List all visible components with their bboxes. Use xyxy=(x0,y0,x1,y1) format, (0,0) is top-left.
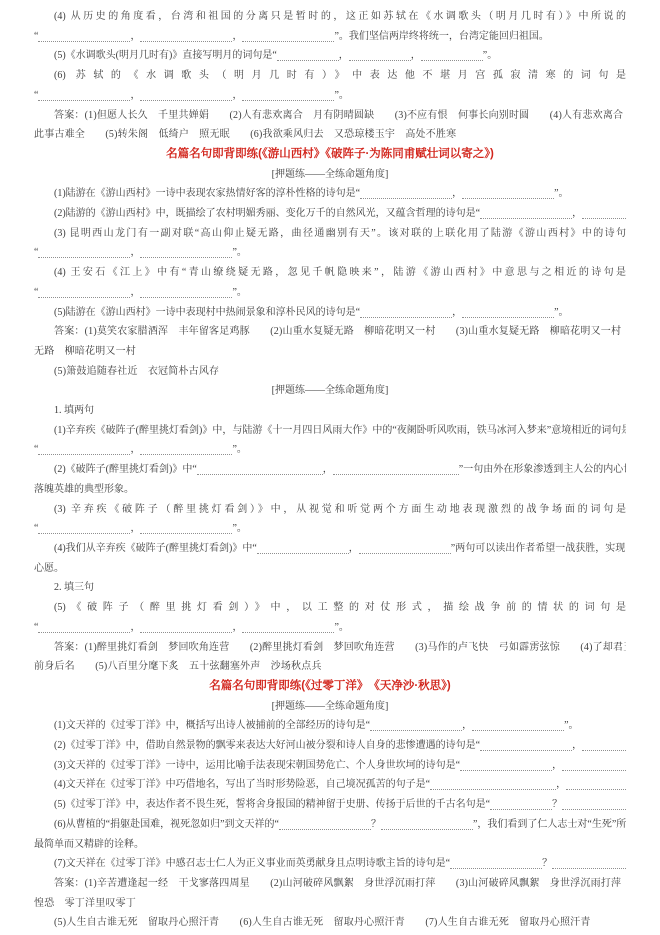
fill-in-blank xyxy=(279,818,371,830)
question-line: (3) 辛弃疾《破阵子（醉里挑灯看剑）》中，从视觉和听觉两个方面生动地表现激烈的… xyxy=(34,500,626,520)
fill-in-blank xyxy=(381,818,473,830)
answer-line: 前身后名 (5)八百里分麾下炙 五十弦翻塞外声 沙场秋点兵 xyxy=(34,657,626,677)
fill-in-blank xyxy=(562,798,626,810)
fill-in-blank xyxy=(242,89,334,101)
document-page: (4) 从历史的角度看，台湾和祖国的分离只是暂时的，这正如苏轼在《水调歌头（明月… xyxy=(0,0,660,935)
question-line: (4) 从历史的角度看，台湾和祖国的分离只是暂时的，这正如苏轼在《水调歌头（明月… xyxy=(34,7,626,27)
fill-in-blank xyxy=(38,443,130,455)
fill-in-blank xyxy=(38,522,130,534)
fill-in-blank xyxy=(460,759,552,771)
fill-in-blank xyxy=(552,857,626,869)
fill-in-blank xyxy=(140,246,232,258)
question-line: 2. 填三句 xyxy=(34,578,626,598)
question-line: 心愿。 xyxy=(34,559,626,579)
question-line: (4) 王安石《江上》中有“青山缭绕疑无路，忽见千帆隐映来”，陆游《游山西村》中… xyxy=(34,263,626,283)
fill-in-blank xyxy=(277,49,339,61)
fill-in-blank xyxy=(38,246,130,258)
fill-in-blank xyxy=(38,621,130,633)
question-line: (2)陆游的《游山西村》中，既描绘了农村明媚秀丽、变化万千的自然风光，又蕴含哲理… xyxy=(34,204,626,224)
fill-in-blank xyxy=(333,463,459,475)
fill-in-blank xyxy=(480,207,572,219)
question-line: “，，”。 xyxy=(34,86,626,106)
fill-in-blank xyxy=(242,621,334,633)
fill-in-blank xyxy=(462,187,554,199)
fill-in-blank xyxy=(421,49,483,61)
question-line: “，”。 xyxy=(34,519,626,539)
answer-line: 答案：(1)但愿人长久 千里共婵娟 (2)人有悲欢离合 月有阴晴圆缺 (3)不应… xyxy=(34,106,626,126)
question-line: (1)文天祥的《过零丁洋》中，概括写出诗人被捕前的全部经历的诗句是“，”。 xyxy=(34,716,626,736)
fill-in-blank xyxy=(349,49,411,61)
fill-in-blank xyxy=(197,463,323,475)
fill-in-blank xyxy=(38,89,130,101)
section-heading: 名篇名句即背即练(《过零丁洋》 《天净沙·秋思》) xyxy=(34,677,626,697)
question-line: “，”。 xyxy=(34,283,626,303)
question-line: “，，”。 xyxy=(34,618,626,638)
fill-in-blank xyxy=(370,719,462,731)
answer-line: 答案：(1)莫笑农家腊酒浑 丰年留客足鸡豚 (2)山重水复疑无路 柳暗花明又一村… xyxy=(34,322,626,342)
fill-in-blank xyxy=(140,30,232,42)
question-line: (7)文天祥在《过零丁洋》中感召志士仁人为正义事业而英勇献身且点明诗歌主旨的诗句… xyxy=(34,854,626,874)
fill-in-blank xyxy=(582,207,626,219)
question-line: (1)陆游在《游山西村》一诗中表现农家热情好客的淳朴性格的诗句是“，”。 xyxy=(34,184,626,204)
fill-in-blank xyxy=(140,286,232,298)
question-line: 1. 填两句 xyxy=(34,401,626,421)
question-line: (1)辛弃疾《破阵子(醉里挑灯看剑)》中，与陆游《十一月四日风雨大作》中的“夜阑… xyxy=(34,421,626,441)
question-line: (6)从曹植的“捐躯赴国难，视死忽如归”到文天祥的“？”，我们看到了仁人志士对“… xyxy=(34,815,626,835)
answer-line: 无路 柳暗花明又一村 xyxy=(34,342,626,362)
fill-in-blank xyxy=(480,739,572,751)
answer-line: 惶恐 零丁洋里叹零丁 xyxy=(34,894,626,914)
question-line: (5)《破阵子（醉里挑灯看剑）》中，以工整的对仗形式，描绘战争前的情状的词句是 xyxy=(34,598,626,618)
question-line: (5)《过零丁洋》中，表达作者不畏生死，誓将舍身报国的精神留于史册、传扬于后世的… xyxy=(34,795,626,815)
question-line: (4)我们从辛弃疾《破阵子(醉里挑灯看剑)》中“，”两句可以读出作者希望一战获胜… xyxy=(34,539,626,559)
question-line: (3)文天祥的《过零丁洋》一诗中，运用比喻手法表现宋朝国势危亡、个人身世坎坷的诗… xyxy=(34,756,626,776)
question-line: (6) 苏轼的《水调歌头（明月几时有）》中表达他不堪月宫孤寂清寒的词句是 xyxy=(34,66,626,86)
fill-in-blank xyxy=(472,719,564,731)
fill-in-blank xyxy=(38,286,130,298)
fill-in-blank xyxy=(257,542,349,554)
fill-in-blank xyxy=(140,522,232,534)
fill-in-blank xyxy=(430,778,556,790)
answer-line: (5)箫鼓追随春社近 衣冠简朴古风存 xyxy=(34,362,626,382)
exercise-type-label: [押题练——全练命题角度] xyxy=(34,165,626,185)
fill-in-blank xyxy=(562,759,626,771)
fill-in-blank xyxy=(566,778,626,790)
question-line: (5)陆游在《游山西村》一诗中表现村中热闹景象和淳朴民风的诗句是“，”。 xyxy=(34,303,626,323)
fill-in-blank xyxy=(490,798,552,810)
fill-in-blank xyxy=(140,443,232,455)
question-line: (2)《过零丁洋》中，借助自然景物的飘零来表达大好河山被分裂和诗人自身的悲惨遭遇… xyxy=(34,736,626,756)
fill-in-blank xyxy=(140,89,232,101)
fill-in-blank xyxy=(359,542,451,554)
question-line: “，”。 xyxy=(34,440,626,460)
answer-line: 答案：(1)辛苦遭逢起一经 干戈寥落四周星 (2)山河破碎风飘絮 身世浮沉雨打萍… xyxy=(34,874,626,894)
exercise-type-label: [押题练——全练命题角度] xyxy=(34,697,626,717)
question-line: “，”。 xyxy=(34,243,626,263)
answer-line: 此事古难全 (5)转朱阁 低绮户 照无眠 (6)我欲乘风归去 又恐琼楼玉宇 高处… xyxy=(34,125,626,145)
fill-in-blank xyxy=(360,187,452,199)
fill-in-blank xyxy=(140,621,232,633)
question-line: “，，”。我们坚信两岸终将统一，台湾定能回归祖国。 xyxy=(34,27,626,47)
answer-line: 答案：(1)醉里挑灯看剑 梦回吹角连营 (2)醉里挑灯看剑 梦回吹角连营 (3)… xyxy=(34,638,626,658)
fill-in-blank xyxy=(360,306,452,318)
question-line: (5)《水调歌头(明月几时有)》直接写明月的词句是“，，”。 xyxy=(34,46,626,66)
question-line: (4)文天祥在《过零丁洋》中巧借地名，写出了当时形势险恶，自己境况孤苦的句子是“… xyxy=(34,775,626,795)
question-line: (2)《破阵子(醉里挑灯看剑)》中“，”一句由外在形象渗透到主人公的内心世界，刻… xyxy=(34,460,626,480)
question-line: 最简单而又精辟的诠释。 xyxy=(34,835,626,855)
fill-in-blank xyxy=(38,30,130,42)
fill-in-blank xyxy=(450,857,542,869)
answer-line: (5)人生自古谁无死 留取丹心照汗青 (6)人生自古谁无死 留取丹心照汗青 (7… xyxy=(34,913,626,933)
fill-in-blank xyxy=(582,739,626,751)
exercise-type-label: [押题练——全练命题角度] xyxy=(34,381,626,401)
question-line: 落魄英雄的典型形象。 xyxy=(34,480,626,500)
fill-in-blank xyxy=(242,30,334,42)
section-heading: 名篇名句即背即练(《游山西村》《破阵子·为陈同甫赋壮词以寄之》) xyxy=(34,145,626,165)
question-line: (3) 昆明西山龙门有一副对联“高山仰止疑无路，曲径通幽别有天”。该对联的上联化… xyxy=(34,224,626,244)
fill-in-blank xyxy=(462,306,554,318)
